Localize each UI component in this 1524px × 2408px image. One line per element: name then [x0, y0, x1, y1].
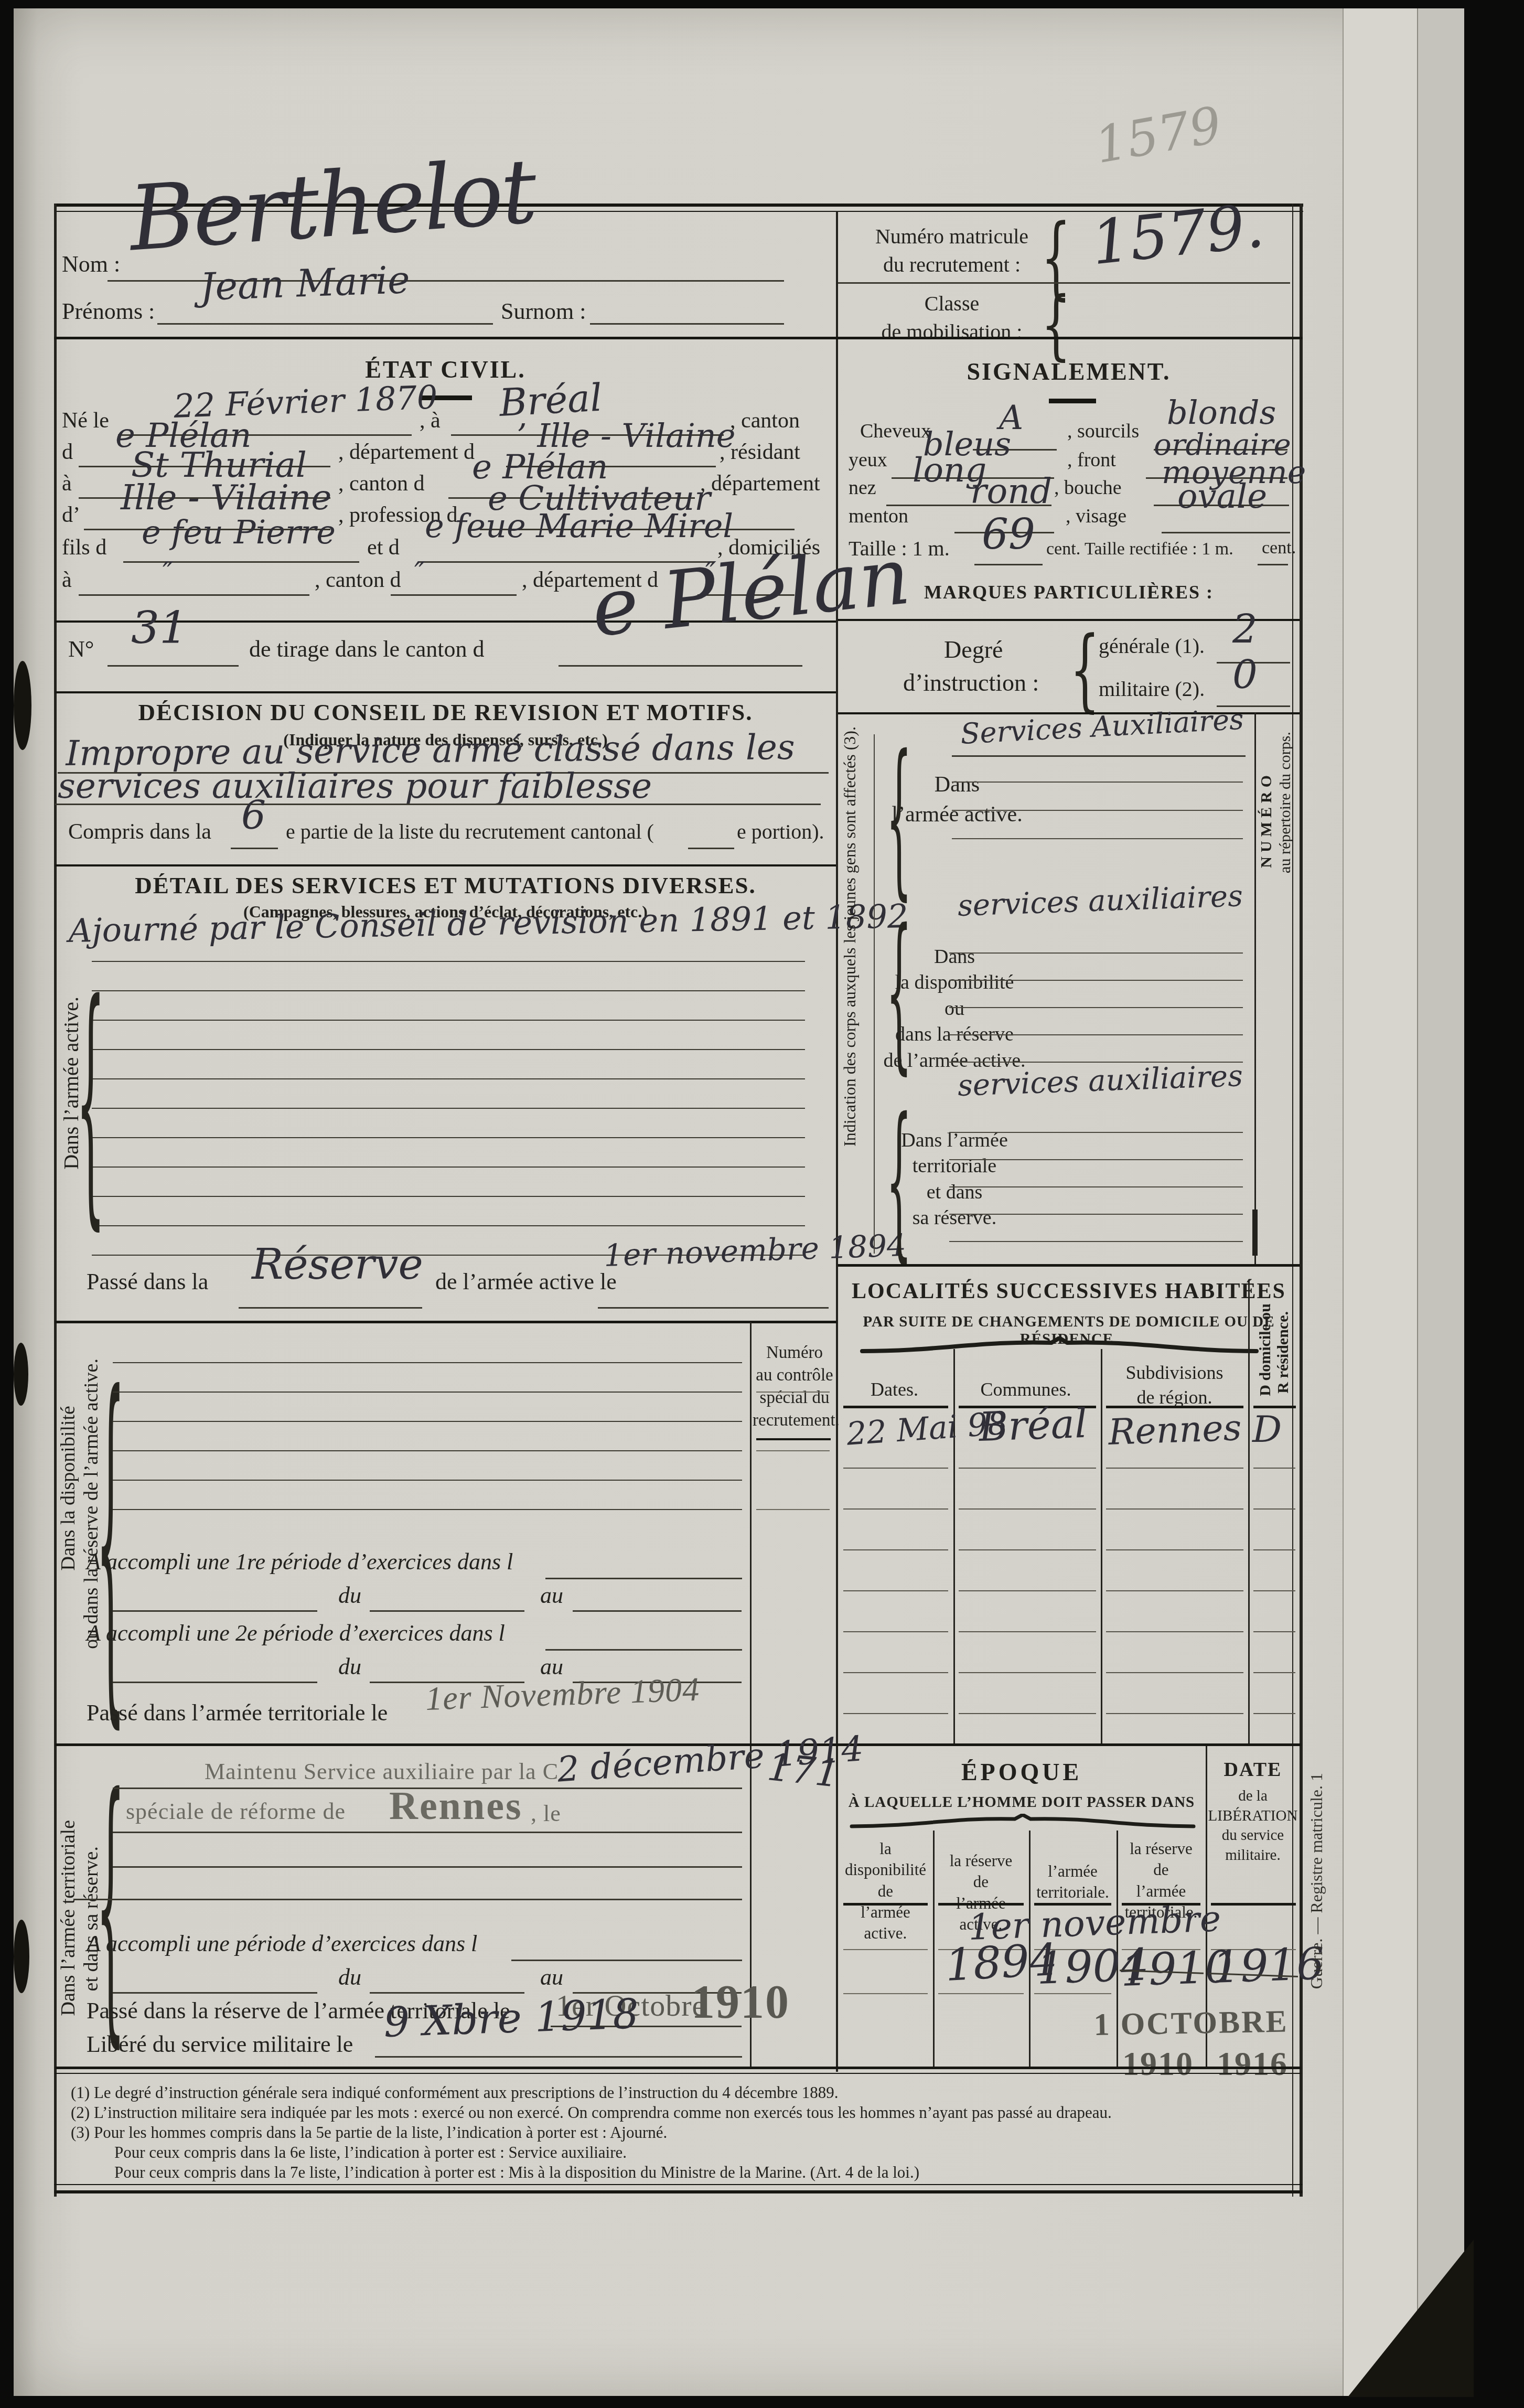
ditto-2: ″	[414, 556, 425, 590]
line	[370, 1610, 524, 1612]
line	[545, 1649, 742, 1651]
controle-header: Numéro au contrôle spécial du recrutemen…	[753, 1342, 836, 1432]
canton-d-label: , canton d	[338, 471, 424, 496]
ruled-lines-disponibilite	[113, 1334, 742, 1512]
passe-territoriale-label: Passé dans l’armée territoriale le	[87, 1699, 388, 1726]
margin-label-disponibilite-1: Dans la disponibilité	[57, 1406, 80, 1571]
localites-col-dates: Dates.	[838, 1378, 951, 1400]
front-label: , front	[1067, 448, 1116, 472]
controle-short-line	[756, 1450, 830, 1451]
compris-value: 6	[241, 793, 266, 838]
etat-civil-title: ÉTAT CIVIL.	[55, 356, 836, 383]
epoque-stamp-1910: 1910	[1122, 2045, 1194, 2083]
menton-label: menton	[849, 505, 908, 528]
line	[55, 804, 821, 805]
nez-label: nez	[849, 476, 876, 499]
visage-label: , visage	[1066, 505, 1126, 528]
epoque-header-line-1	[843, 1903, 928, 1906]
du2-label: du	[338, 1653, 361, 1680]
decision-title: DÉCISION DU CONSEIL DE REVISION ET MOTIF…	[55, 699, 836, 726]
cheveux-label: Cheveux	[860, 420, 931, 443]
edge-stain-2	[14, 1343, 28, 1406]
epoque-col3-header: l’armée territoriale.	[1029, 1861, 1117, 1903]
localites-col-dr-2: R résidence.	[1274, 1311, 1292, 1394]
corps-side-rule	[874, 734, 875, 1254]
line	[108, 665, 239, 667]
line	[375, 2056, 742, 2058]
localites-title: LOCALITÉS SUCCESSIVES HABITÉES	[838, 1279, 1300, 1304]
header-bottom-line	[54, 337, 1303, 339]
stamp-maintenu-le: , le	[531, 1800, 561, 1827]
prenoms-line	[157, 323, 493, 325]
edge-stain-1	[14, 661, 31, 750]
controle-header-line	[756, 1438, 831, 1440]
menton-value: rond	[970, 471, 1052, 511]
epoque-divider-1	[933, 1831, 935, 2067]
band-line	[55, 1321, 837, 1323]
line	[113, 1832, 742, 1833]
footnote-3b: Pour ceux compris dans la 6e liste, l’in…	[114, 2143, 627, 2162]
classe-brace: {	[1041, 287, 1071, 363]
line	[1034, 1993, 1111, 1994]
militaire-value: 0	[1232, 651, 1258, 698]
a2-label: à	[62, 471, 72, 496]
epoque-date-header-rest: de la LIBÉRATION du service militaire.	[1206, 1786, 1300, 1866]
generale-label: générale (1).	[1099, 634, 1205, 658]
frame-right-outer	[1300, 204, 1303, 2197]
departement-residence: Ille - Vilaine	[121, 477, 331, 518]
d-label: d	[62, 440, 73, 465]
margin-number-171: 171	[765, 1745, 841, 1796]
frame-right-inner	[1292, 204, 1293, 2197]
localites-col-communes: Communes.	[951, 1378, 1101, 1400]
line	[843, 1949, 928, 1950]
passe-reserve-value: Réserve	[252, 1240, 423, 1289]
periode-territoriale-label: A accompli une période d’exercices dans …	[87, 1930, 477, 1957]
line	[113, 1992, 317, 1994]
sourcils-label: , sourcils	[1067, 420, 1139, 443]
line	[843, 1993, 928, 1994]
stamp-maintenu-line-2a: spéciale de réforme de	[126, 1798, 346, 1825]
bouche-label: , bouche	[1054, 476, 1122, 499]
page-edge-band-2	[1417, 8, 1464, 2396]
localites-lines-col2	[959, 1428, 1096, 1721]
cent-label: cent.	[1262, 538, 1296, 558]
ditto-1: ″	[163, 556, 174, 590]
signalement-title: SIGNALEMENT.	[838, 358, 1300, 386]
passe-reserve-territoriale-date-2: 1910	[691, 1975, 790, 2029]
line	[113, 1682, 317, 1683]
frame-bottom-inner	[54, 2184, 1303, 2185]
numero-tirage-label: N°	[68, 636, 94, 662]
du3-label: du	[338, 1964, 361, 1990]
stamp-maintenu-line-1: Maintenu Service auxiliaire par la C	[205, 1758, 559, 1785]
signalement-dash	[1049, 399, 1096, 403]
compris-label-3: e portion).	[737, 819, 824, 844]
footnotes-top-line-1	[55, 2067, 1301, 2069]
tirage-label: de tirage dans le canton d	[249, 636, 484, 662]
mere: e feue Marie Mirel	[425, 507, 733, 545]
libere-label: Libéré du service militaire le	[87, 2031, 353, 2058]
margin-label-territoriale-1: Dans l’armée territoriale	[57, 1820, 80, 2016]
numero-corps-mark	[1252, 1210, 1258, 1256]
periode2-label: A accompli une 2e période d’exercices da…	[87, 1620, 505, 1646]
canton-d2-label: , canton d	[315, 568, 401, 593]
departement2-label: , département	[700, 471, 820, 496]
epoque-brace-ornament	[850, 1814, 1196, 1829]
line	[938, 1993, 1024, 1994]
line	[79, 594, 309, 596]
degre-label-2: d’instruction :	[903, 669, 1039, 697]
section-line	[838, 1264, 1300, 1267]
localites-lines-col1	[843, 1428, 948, 1721]
localites-lines-col4	[1253, 1428, 1295, 1721]
epoque-stamp-month: 1 OCTOBRE	[1093, 2004, 1289, 2043]
line	[598, 1307, 829, 1309]
degre-label-1: Degré	[944, 636, 1003, 663]
localites-divider-3	[1248, 1280, 1250, 1743]
controle-column-line	[750, 1322, 752, 2067]
compris-label-2: e partie de la liste du recrutement cant…	[286, 819, 654, 844]
ne-le-label: Né le	[62, 408, 109, 433]
section-line	[55, 691, 836, 693]
corps-side-label: Indication des corps auxquels les jeunes…	[840, 726, 860, 1147]
periode1-label: A accompli une 1re période d’exercices d…	[87, 1548, 513, 1575]
surnom-line	[590, 323, 784, 325]
libere-date: 9 Xbre 1918	[383, 1990, 639, 2047]
line	[1162, 532, 1290, 533]
footnotes-top-line-2	[55, 2073, 1301, 2074]
surnom-label: Surnom :	[501, 298, 586, 325]
footnote-3: (3) Pour les hommes compris dans la 5e p…	[71, 2123, 667, 2142]
taille-value: 69	[982, 510, 1035, 559]
line	[559, 665, 802, 667]
line	[113, 1610, 317, 1612]
footnote-3c: Pour ceux compris dans la 7e liste, l’in…	[114, 2163, 919, 2182]
localites-col-dr-1: D domicile ou	[1257, 1303, 1274, 1396]
tirage-number: 31	[131, 602, 188, 654]
pere: e feu Pierre	[142, 513, 336, 551]
localites-brace-ornament	[860, 1336, 1259, 1355]
marques-label: MARQUES PARTICULIÈRES :	[838, 581, 1300, 603]
detail-title: DÉTAIL DES SERVICES ET MUTATIONS DIVERSE…	[55, 872, 836, 899]
epoque-subtitle: À LAQUELLE L’HOMME DOIT PASSER DANS	[838, 1794, 1205, 1811]
passe-reserve-label-1: Passé dans la	[87, 1268, 208, 1295]
frame-bottom-outer	[54, 2190, 1303, 2193]
epoque-header-line-5	[1211, 1903, 1296, 1906]
generale-value: 2	[1232, 606, 1258, 652]
du-label: du	[338, 1582, 361, 1609]
a-label: , à	[420, 408, 441, 433]
residant-label: , résidant	[720, 440, 800, 465]
localites-lines-col3	[1106, 1428, 1243, 1721]
corps-row3-lines	[949, 1106, 1243, 1243]
decision-line-2: services auxiliaires pour faiblesse	[58, 766, 652, 806]
compris-label-1: Compris dans la	[68, 819, 211, 844]
numero-corps-divider	[1254, 712, 1256, 1264]
d2-label: d’	[62, 502, 80, 528]
departement-d-label: , département d	[338, 440, 475, 465]
matricule-label: Numéro matricule du recrutement :	[850, 222, 1054, 279]
line	[73, 1899, 742, 1900]
section-line	[55, 864, 836, 866]
footnote-1: (1) Le degré d’instruction générale sera…	[71, 2083, 838, 2102]
edge-stain-3	[14, 1920, 29, 1993]
corps-row1-lines	[952, 754, 1243, 865]
line	[1258, 564, 1288, 565]
numero-corps-label-2: au répertoire du corps.	[1276, 732, 1294, 873]
fils-de-label: fils d	[62, 535, 106, 560]
nom-label: Nom :	[62, 251, 120, 277]
epoque-stamp-1916: 1916	[1217, 2045, 1288, 2083]
localites-header-line-1	[843, 1406, 948, 1408]
line	[688, 848, 734, 849]
a3-label: à	[62, 568, 72, 593]
prenoms-label: Prénoms :	[62, 298, 155, 325]
line	[231, 848, 278, 849]
localites-col-subdivisions: Subdivisions de région.	[1101, 1361, 1248, 1410]
controle-short-line	[756, 1392, 830, 1393]
degre-brace: {	[1070, 625, 1100, 715]
passe-reserve-label-2: de l’armée active le	[435, 1268, 617, 1295]
et-de-label: et d	[367, 535, 400, 560]
line	[370, 1992, 524, 1994]
line	[511, 1960, 742, 1961]
section-line	[838, 619, 1300, 621]
line	[113, 1866, 742, 1868]
spine-label: Guerre. — Registre matricule. 1	[1307, 1773, 1326, 1989]
corps-row2-lines	[949, 926, 1243, 1065]
epoque-date-header-title: DATE	[1206, 1758, 1300, 1781]
visage-value: ovale	[1177, 477, 1267, 516]
line	[123, 561, 359, 563]
page-edge-band-1	[1343, 8, 1418, 2396]
line	[545, 1578, 742, 1579]
controle-short-line	[756, 1509, 830, 1510]
epoque-title: ÉPOQUE	[838, 1758, 1205, 1786]
line	[239, 1307, 422, 1309]
localites-divider-2	[1101, 1349, 1102, 1743]
militaire-label: militaire (2).	[1099, 677, 1205, 701]
au-label: au	[540, 1582, 563, 1609]
ruled-lines-armee-active	[92, 933, 805, 1257]
stamp-rennes: Rennes	[389, 1783, 522, 1829]
prenoms-value: Jean Marie	[199, 258, 411, 309]
line	[391, 594, 517, 596]
register-sheet: 1579 Nom : Berthelot Prénoms : Jean Mari…	[0, 0, 1524, 2408]
footnote-2: (2) L’instruction militaire sera indiqué…	[71, 2103, 1112, 2122]
line	[974, 564, 1043, 565]
taille-rectifiee-label: cent. Taille rectifiée : 1 m.	[1046, 539, 1233, 559]
au3-label: au	[540, 1964, 563, 1990]
numero-corps-label-1: NUMÉRO	[1258, 771, 1275, 868]
brace-armee-active: {	[76, 969, 105, 1230]
yeux-label: yeux	[849, 448, 887, 472]
line	[573, 1610, 742, 1612]
epoque-col1-header: la disponibilité de l’armée active.	[838, 1838, 933, 1944]
taille-label: Taille : 1 m.	[849, 536, 950, 561]
sourcils-value: blonds	[1167, 393, 1276, 432]
canton-label: , canton	[730, 408, 800, 433]
